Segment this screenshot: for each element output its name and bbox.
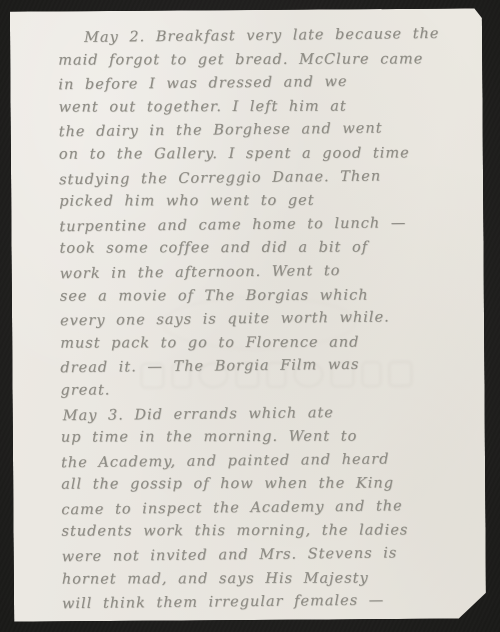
handwriting-line: May 2. Breakfast very late because the <box>58 23 464 51</box>
handwriting-line: see a movie of The Borgias which <box>60 284 466 309</box>
handwriting-line: on to the Gallery. I spent a good time <box>59 142 465 167</box>
handwriting-line: hornet mad, and says His Majesty <box>62 567 468 592</box>
handwriting-line: the Academy, and painted and heard <box>61 447 467 475</box>
handwriting-line: in before I was dressed and we <box>58 70 464 98</box>
handwriting-line: picked him who went to get <box>59 189 465 214</box>
handwriting-line: maid forgot to get bread. McClure came <box>58 48 464 73</box>
handwriting-line: took some coffee and did a bit of <box>59 237 465 262</box>
handwriting-line: turpentine and came home to lunch — <box>59 211 465 239</box>
handwriting-line: must pack to go to Florence and <box>60 331 466 356</box>
handwriting-line: every one says is quite worth while. <box>60 306 466 334</box>
handwritten-text-block: May 2. Breakfast very late because the m… <box>10 8 486 616</box>
handwriting-line: up time in the morning. Went to <box>61 425 467 450</box>
handwriting-line: the dairy in the Borghese and went <box>59 117 465 145</box>
handwriting-line: May 3. Did errands which ate <box>61 400 467 428</box>
photo-stage: May 2. Breakfast very late because the m… <box>0 0 500 632</box>
handwriting-line: all the gossip of how when the King <box>61 472 467 497</box>
handwriting-line: dread it. — The Borgia Film was <box>60 353 466 381</box>
handwriting-line: studying the Correggio Danae. Then <box>59 164 465 192</box>
handwriting-line: great. <box>60 378 466 403</box>
handwriting-line: will think them irregular females — <box>62 589 468 617</box>
handwriting-line: work in the afternoon. Went to <box>60 259 466 287</box>
handwriting-line: went out together. I left him at <box>59 95 465 120</box>
handwriting-line: students work this morning, the ladies <box>61 520 467 545</box>
handwriting-line: were not invited and Mrs. Stevens is <box>62 542 468 570</box>
manuscript-page: May 2. Breakfast very late because the m… <box>10 8 486 621</box>
